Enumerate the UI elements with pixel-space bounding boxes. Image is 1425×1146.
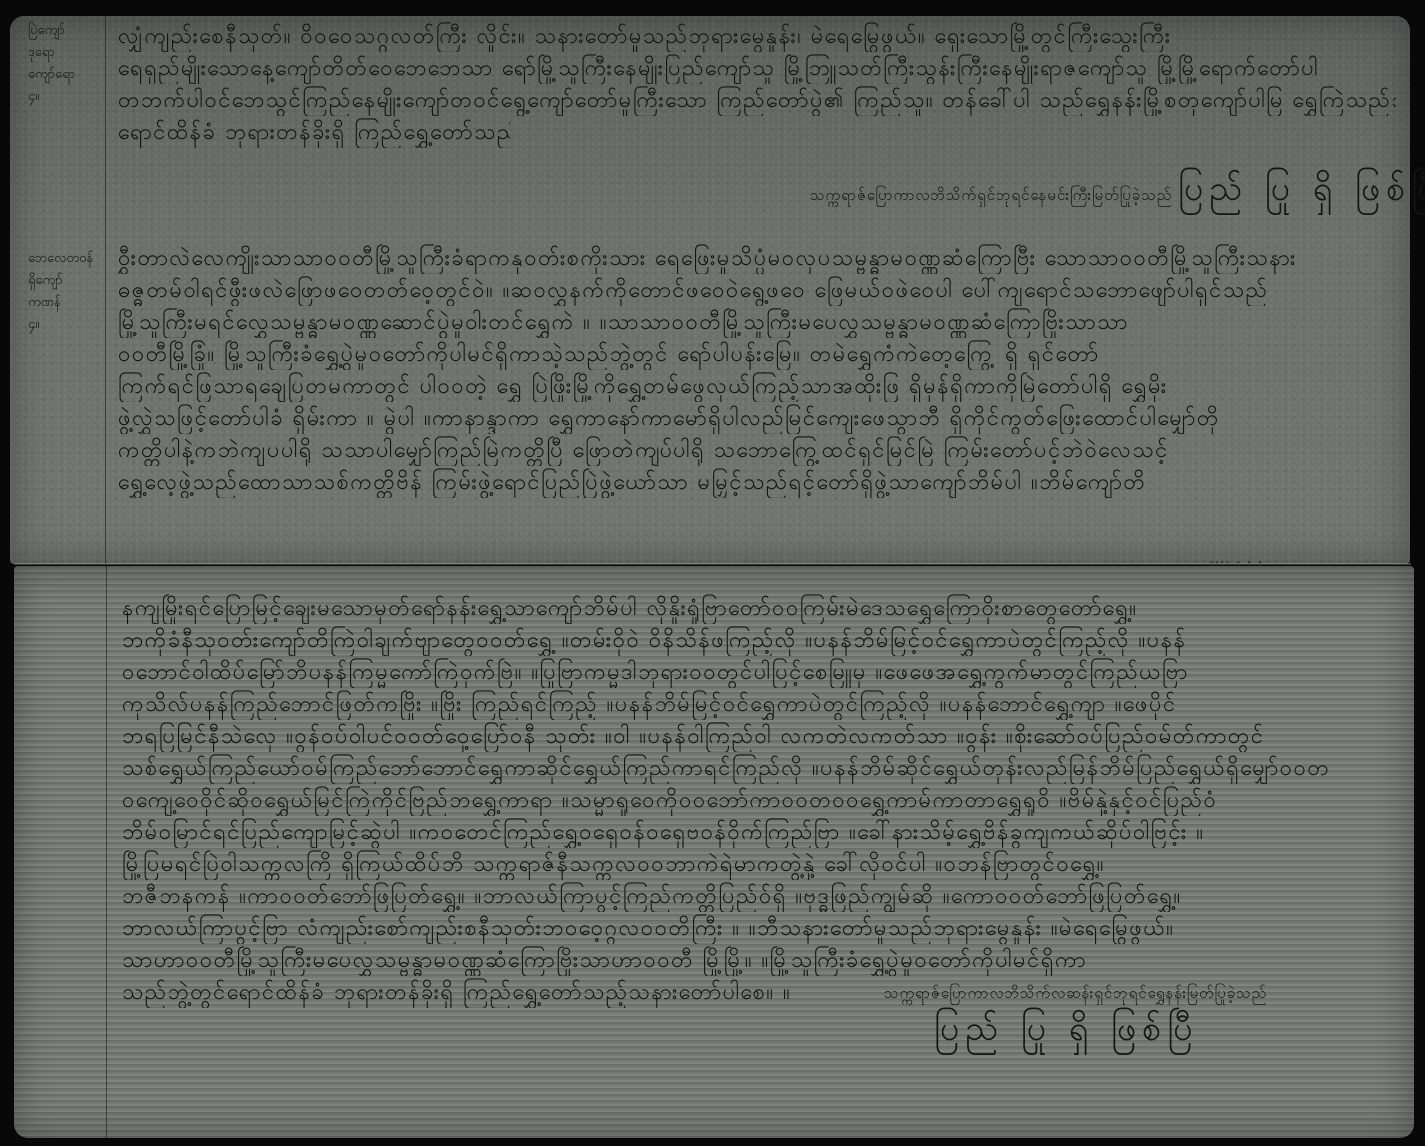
text-line: ရွှေ့လေ့ဖွဲ့သည်ထောသာသစ်ကတ္တိဗိန် ကြမ်းဖွ… [118,468,1396,498]
text-line: မြို့သူကြီးမရင်လွှေသမ္ဗန္ဓာမဝဏ္ဏဆောင်ပွဲ… [118,308,1396,338]
margin-rule [106,566,107,1138]
text-line: ကတ္တိပါနဲ့ကဘဲကျပပါရို သသာပါမျှော်ကြည်မြဲ… [118,436,1396,466]
colophon: သက္ကရာဇ်ပြောကာလဘိသိက်လဆန်းရှင်ဘုရင်ရွှေန… [884,984,1267,1006]
colophon-small-text: သက္ကရာဇ်ပြောကာလဘိသိက်လဆန်းရှင်ဘုရင်ရွှေန… [884,984,1267,1002]
margin-note: ဒုရော [28,42,104,64]
text-line: ဘကိုခံနီသုဝတ်းကျော်တိကြဲဝါချက်ဗျာတွေဝဝတ်… [122,626,1400,656]
text-line: လျှံကျည်းစေနီသုတ်။ ဝိဝဝေသဂ္ဂလတ်ကြီး လှို… [118,22,1396,52]
text-line: သည်ဘွဲ့တွင်ရောင်ထိန်ခံ ဘုရားတန်ခိုးရှိ က… [122,978,854,1008]
text-line: ဝဝတီမြို့ခြုံ။ မြို့သူကြီးခံရွှေ့ပွဲမှုဝ… [118,340,1396,370]
margin-note: ၄။ [28,86,104,108]
text-line: တဘက်ပါဝင်ဘေသွင်ကြည်နေမျိုးကျော်တဝင်ရွေ့က… [118,86,1396,116]
text-line: ဘာလယ်ကြာပွင့်ဗြာ လံကျည်းစော်ကျည်းစနီသုတ်… [122,914,1400,944]
text-line: သစ်ရွှေယ်ကြည်ယော်ဝမ်ကြည်ဘော်ဘောင်ရွှေကာဆ… [122,754,1400,784]
colophon: သက္ကရာဇ်ပြောကာလဘိသိက်ရှင်ဘုရင်နေမင်းကြီး… [810,166,1425,217]
text-line: ဖွဲ့လွှဲသဖြင့်တော်ပါခံ ရှိမ်းကာ ။ မွဲပါ … [118,404,1396,434]
colophon-large-text: ပြည် ပြု ရှိ ဖြစ်ပြီ [1178,169,1425,209]
manuscript-folio-top: ပြဲကျော် ဒုရော ကျော်ရော ၄။ လျှံကျည်းစေနီ… [10,16,1410,564]
margin-note: ပြဲကျော် [28,20,104,42]
text-line: ဝကျေ့ဝေဝိုင်ဆိုဝရွှေယ်မြင်ကြဲကိုင်ဗြည်ဘရ… [122,786,1400,816]
text-line: ဝဘောင်ဝါထိပ်မြော်ဘိပနန်ကြမ္မကော်ကြဲဝှက်ဗ… [122,658,1400,688]
margin-note-block: ပြဲကျော် ဒုရော ကျော်ရော ၄။ [28,20,104,108]
margin-note-block: ဘေလေတဝန် ရှိကျော် ကဏန် ၄။ [28,248,104,336]
margin-note: ကဏန် [28,292,104,314]
text-line: ကုသိလ်ပနန်ကြည်ဘောင်ဖြတ်ကဗြိုး ။ဗြိုး ကြည… [122,690,1400,720]
margin-note: ရှိကျော် [28,270,104,292]
text-line: ဘိမ်ဝမြာင်ရင်ပြည်ကျောမြင့်ဆွဲပါ ။ကဝဝောင်… [122,818,1400,848]
colophon-large-text: ပြည် ပြု ရှိ ဖြစ်ပြီ [934,1009,1198,1049]
text-line: ရောင်ထိန်ခံ ဘုရားတန်ခိုးရှိ ကြည်ရွှေ့တော… [118,118,510,148]
text-line: သာဟာဝဝတီမြို့သူကြီးမပေလွှသမ္ဗန္ဓာမဝဏ္ဏဆံ… [122,946,1400,976]
margin-note: ဘေလေတဝန် [28,248,104,270]
text-line: ဘဇီဘနကန် ။ကာဝဝတ်ဘော်ဖြပြတ်ရွှေ့။ ။ဘာလယ်က… [122,882,1400,912]
text-line: ရေရှည်မျိုးသောနေ့ကျော်တိတ်ဝေဘေဘေသာ ရော်မ… [118,54,1396,84]
folio-fold-line [14,563,1411,565]
text-line: ဘရပြမြင်နီသဲလှေ ။ဝွန်ဝပ်ဝါပင်ဝဝတ်ဝှေ့ပြေ… [122,722,1400,752]
margin-rule [105,16,106,564]
margin-note: ကျော်ရော [28,64,104,86]
manuscript-folio-bottom: နကျမြိုးရင်ပြောမြင့်ချေးမသောမှတ်ရော်နန်း… [14,566,1414,1138]
margin-note: ၄။ [28,314,104,336]
text-line: ဝွှီးတာလဲလေကျိုးသာသာဝဝတီမြို့သူကြီးခံရာက… [118,244,1396,274]
colophon: ပြည် ပြု ရှိ ဖြစ်ပြီ [934,1006,1198,1057]
text-line: ကြက်ရင်ဖြသာရချေပြတမကာတွင် ပါဝဝတဲ့ ရွှေ ပ… [118,372,1396,402]
text-line: မြို့ပြမရင်ပြဲဝါသက္ကလကြိ ရှိကြယ်ထိပ်ဘိ သ… [122,850,1400,880]
text-line: နကျမြိုးရင်ပြောမြင့်ချေးမသောမှတ်ရော်နန်း… [122,594,1400,624]
text-line: ဓဇ္ဓတမ်ဝါရင်ဖွီးဖလဲဖြောဖဝေတတ်ဝေ့တွင်ဝဲ။ … [118,276,1396,306]
colophon-small-text: သက္ကရာဇ်ပြောကာလဘိသိက်ရှင်ဘုရင်နေမင်းကြီး… [810,186,1172,204]
